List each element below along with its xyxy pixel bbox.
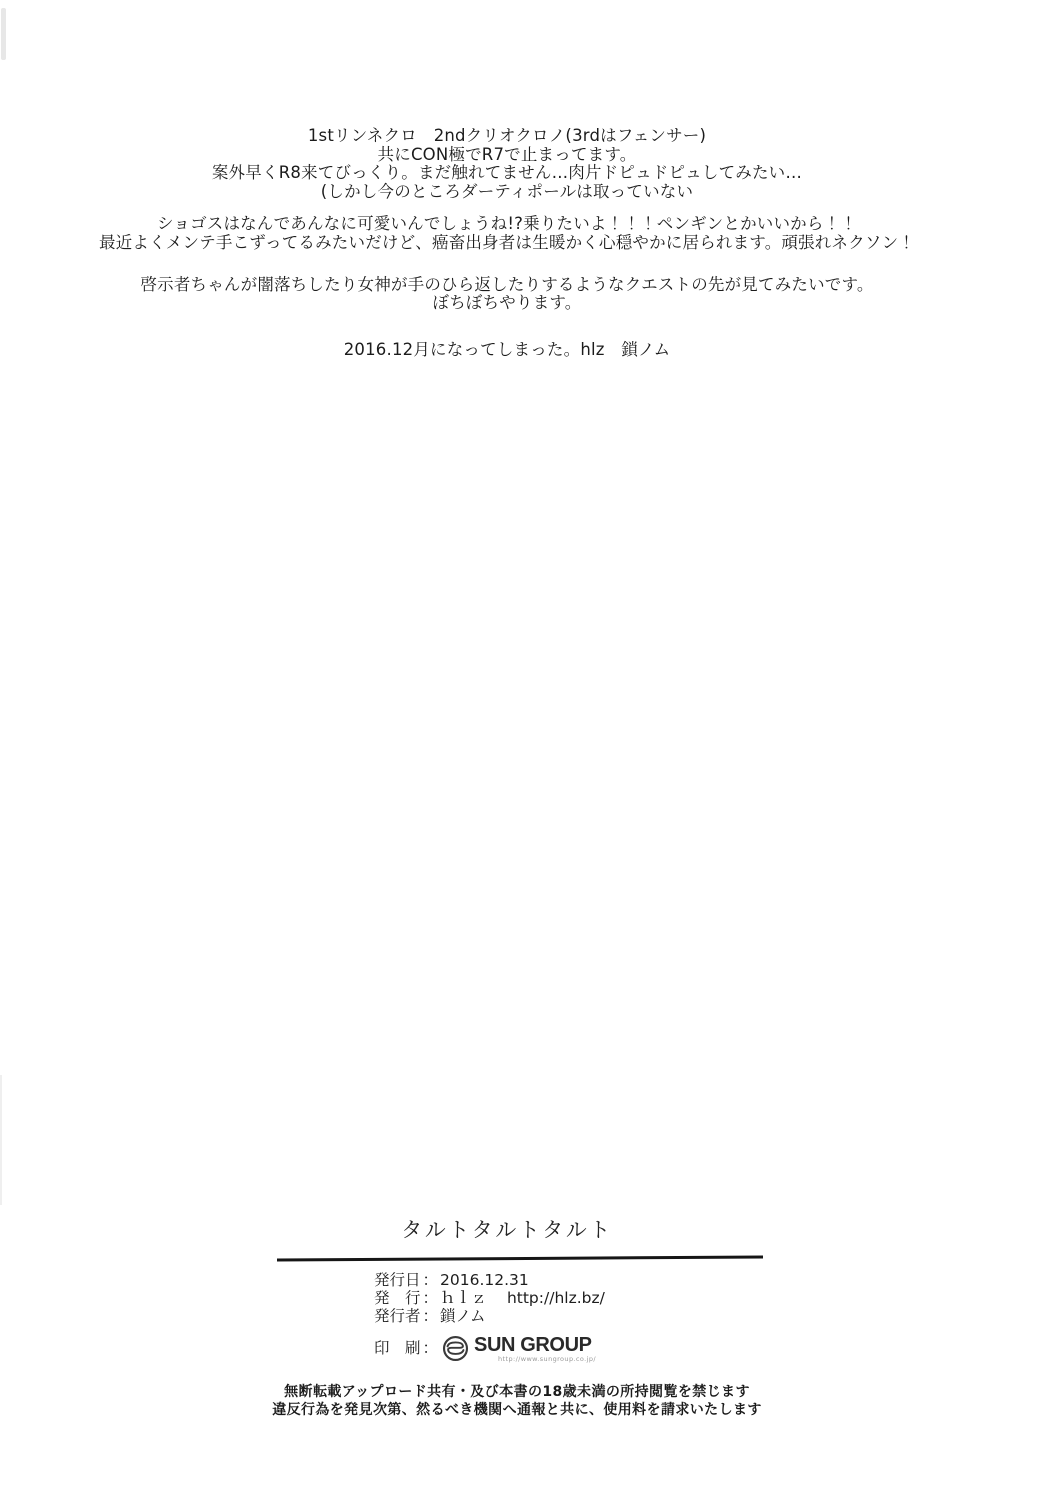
warning-line: 違反行為を発見次第、然るべき機関へ通報と共に、使用料を請求いたします <box>0 1402 1034 1420</box>
afterword-line: ショゴスはなんであんなに可愛いんでしょうね!?乗りたいよ！！！ペンギンとかいいか… <box>157 214 857 233</box>
afterword-signoff: 2016.12月になってしまった。hlz 鎖ノム <box>0 341 1014 360</box>
colophon-section: 発行日：2016.12.31 発 行：ｈｌｚ http://hlz.bz/ 発行… <box>374 1272 605 1363</box>
printer-name: SUN GROUP <box>474 1334 596 1356</box>
printer-url: http://www.sungroup.co.jp/ <box>498 1356 596 1363</box>
divider-rule <box>277 1256 763 1262</box>
scanned-doujin-afterword-page: 1stリンネクロ 2ndクリオクロノ(3rdはフェンサー) 共にCON極でR7で… <box>0 0 1050 1492</box>
printer-text: SUN GROUP http://www.sungroup.co.jp/ <box>474 1334 596 1363</box>
colophon-row-author: 発行者：鎖ノム <box>374 1308 605 1326</box>
colophon-value: ｈｌｚ http://hlz.bz/ <box>440 1290 605 1308</box>
sun-group-logo-icon <box>442 1335 469 1362</box>
colophon-label: 発行日 <box>374 1272 421 1290</box>
scan-streak-artifact <box>1 8 6 60</box>
doujin-title: タルトタルトタルト <box>0 1214 1014 1244</box>
colophon-value: 2016.12.31 <box>440 1272 529 1290</box>
afterword-line: 案外早くR8来てびっくり。まだ触れてません…肉片ドピュドピュしてみたい… <box>212 163 802 182</box>
copyright-warning: 無断転載アップロード共有・及び本書の18歳未満の所持閲覧を禁じます 違反行為を発… <box>0 1384 1034 1419</box>
colophon-row-date: 発行日：2016.12.31 <box>374 1272 605 1290</box>
colophon-label: 発行者 <box>374 1308 421 1326</box>
colophon-separator: ： <box>421 1340 441 1358</box>
afterword-block-quest: 啓示者ちゃんが闇落ちしたり女神が手のひら返したりするようなクエストの先が見てみた… <box>0 276 1014 313</box>
colophon-value: 鎖ノム <box>440 1308 485 1326</box>
afterword-line: 1stリンネクロ 2ndクリオクロノ(3rdはフェンサー) <box>308 126 706 145</box>
colophon-label: 印 刷 <box>374 1340 421 1358</box>
printer-logo-block: SUN GROUP http://www.sungroup.co.jp/ <box>442 1334 596 1363</box>
warning-line: 無断転載アップロード共有・及び本書の18歳未満の所持閲覧を禁じます <box>0 1384 1034 1402</box>
afterword-block-shoggoth: ショゴスはなんであんなに可愛いんでしょうね!?乗りたいよ！！！ペンギンとかいいか… <box>0 215 1014 252</box>
afterword-line: 最近よくメンテ手こずってるみたいだけど、癌畜出身者は生暖かく心穏やかに居られます… <box>99 233 915 252</box>
afterword-block-game-status: 1stリンネクロ 2ndクリオクロノ(3rdはフェンサー) 共にCON極でR7で… <box>0 127 1014 201</box>
colophon-row-printer: 印 刷： SUN GROUP http://www.sungroup.co.jp… <box>374 1334 605 1363</box>
afterword-line: (しかし今のところダーティポールは取っていない <box>321 182 693 201</box>
afterword-line: 共にCON極でR7で止まってます。 <box>378 145 637 164</box>
colophon-row-publisher: 発 行：ｈｌｚ http://hlz.bz/ <box>374 1290 605 1308</box>
afterword-line: ぼちぼちやります。 <box>433 293 582 312</box>
afterword-section: 1stリンネクロ 2ndクリオクロノ(3rdはフェンサー) 共にCON極でR7で… <box>0 127 1014 359</box>
scan-streak-artifact <box>0 1075 2 1205</box>
colophon-separator: ： <box>421 1308 441 1326</box>
signoff-line: 2016.12月になってしまった。hlz 鎖ノム <box>344 340 671 359</box>
colophon-separator: ： <box>421 1272 441 1290</box>
colophon-separator: ： <box>421 1290 441 1308</box>
afterword-line: 啓示者ちゃんが闇落ちしたり女神が手のひら返したりするようなクエストの先が見てみた… <box>140 275 873 294</box>
colophon-label: 発 行 <box>374 1290 421 1308</box>
